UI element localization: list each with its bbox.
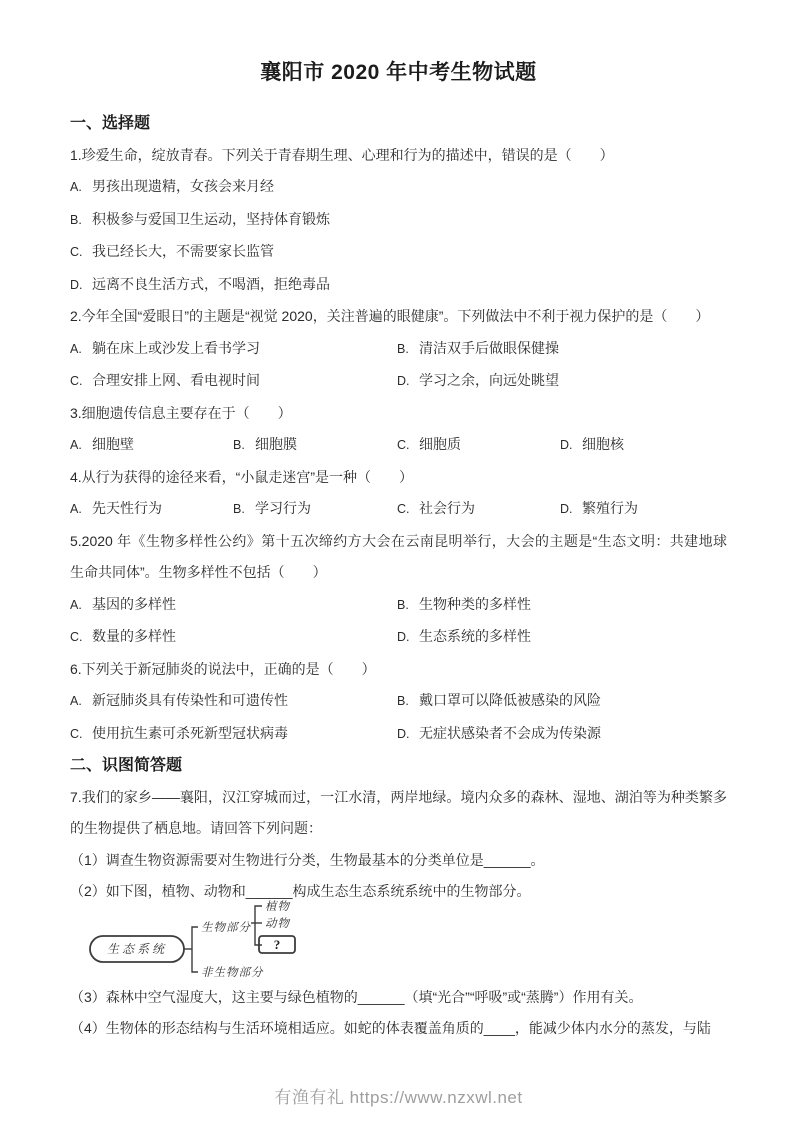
q1-option-a-letter: A. <box>70 172 92 204</box>
q1-option-b: B.积极参与爱国卫生运动，坚持体育锻炼 <box>70 204 727 237</box>
q6-option-a: A.新冠肺炎具有传染性和可遗传性 <box>70 685 397 718</box>
q2-option-b-letter: B. <box>397 334 419 366</box>
q3-option-b: B.细胞膜 <box>233 429 397 462</box>
q3-option-b-text: 细胞膜 <box>255 436 297 452</box>
diagram-plant-label: 植物 <box>265 900 290 913</box>
q7-stem-line-2: 的生物提供了栖息地。请回答下列问题： <box>70 813 727 845</box>
q2-option-c: C.合理安排上网、看电视时间 <box>70 365 397 398</box>
q2-option-b: B.清洁双手后做眼保健操 <box>397 333 727 366</box>
q6-option-a-letter: A. <box>70 686 92 718</box>
q2-option-d: D.学习之余，向远处眺望 <box>397 365 727 398</box>
q5-option-d: D.生态系统的多样性 <box>397 621 727 654</box>
watermark-footer: 有渔有礼 https://www.nzxwl.net <box>70 1087 727 1109</box>
q5-option-d-letter: D. <box>397 622 419 654</box>
q1-option-a-text: 男孩出现遗精，女孩会来月经 <box>92 178 274 194</box>
diagram-animal-label: 动物 <box>265 917 290 930</box>
q2-option-b-text: 清洁双手后做眼保健操 <box>419 340 559 356</box>
q6-option-b: B.戴口罩可以降低被感染的风险 <box>397 685 727 718</box>
q1-option-c: C.我已经长大，不需要家长监管 <box>70 236 727 269</box>
ecosystem-diagram-svg: 生态系统 生物部分 非生物部分 植物 动物 ? <box>88 896 318 982</box>
q4-option-c: C.社会行为 <box>397 493 560 526</box>
q3-option-d: D.细胞核 <box>560 429 727 462</box>
q4-option-a-letter: A. <box>70 494 92 526</box>
q6-option-b-text: 戴口罩可以降低被感染的风险 <box>419 692 601 708</box>
q5-option-c: C.数量的多样性 <box>70 621 397 654</box>
q4-option-d-letter: D. <box>560 494 582 526</box>
q3-option-a-letter: A. <box>70 430 92 462</box>
q7-part-4: （4）生物体的形态结构与生活环境相适应。如蛇的体表覆盖角质的____，能减少体内… <box>70 1013 727 1045</box>
page-title: 襄阳市 2020 年中考生物试题 <box>70 58 727 88</box>
q2-options-row-1: A.躺在床上或沙发上看书学习 B.清洁双手后做眼保健操 <box>70 333 727 366</box>
q1-option-d-text: 远离不良生活方式，不喝酒，拒绝毒品 <box>92 276 330 292</box>
q5-option-d-text: 生态系统的多样性 <box>419 628 531 644</box>
section-heading-diagram-qa: 二、识图简答题 <box>70 750 727 782</box>
q6-option-d-text: 无症状感染者不会成为传染源 <box>419 725 601 741</box>
q3-stem: 3.细胞遗传信息主要存在于（ ） <box>70 398 727 430</box>
q4-stem: 4.从行为获得的途径来看，“小鼠走迷宫”是一种（ ） <box>70 462 727 494</box>
q3-option-c-letter: C. <box>397 430 419 462</box>
q5-options-row-2: C.数量的多样性 D.生态系统的多样性 <box>70 621 727 654</box>
q4-option-b: B.学习行为 <box>233 493 397 526</box>
q6-option-d: D.无症状感染者不会成为传染源 <box>397 718 727 751</box>
q3-option-b-letter: B. <box>233 430 255 462</box>
q4-option-a: A.先天性行为 <box>70 493 233 526</box>
diagram-bio-label: 生物部分 <box>201 921 251 934</box>
q7-stem-line-1: 7.我们的家乡——襄阳，汉江穿城而过，一江水清，两岸地绿。境内众多的森林、湿地、… <box>70 782 727 814</box>
q4-option-c-letter: C. <box>397 494 419 526</box>
q2-option-a-text: 躺在床上或沙发上看书学习 <box>92 340 260 356</box>
q2-option-c-letter: C. <box>70 366 92 398</box>
q5-stem-line-1: 5.2020 年《生物多样性公约》第十五次缔约方大会在云南昆明举行，大会的主题是… <box>70 526 727 558</box>
q5-option-a: A.基因的多样性 <box>70 589 397 622</box>
q5-option-b-letter: B. <box>397 590 419 622</box>
q7-part-3: （3）森林中空气湿度大，这主要与绿色植物的______（填“光合”“呼吸”或“蒸… <box>70 982 727 1014</box>
q2-options-row-2: C.合理安排上网、看电视时间 D.学习之余，向远处眺望 <box>70 365 727 398</box>
q1-option-d: D.远离不良生活方式，不喝酒，拒绝毒品 <box>70 269 727 302</box>
q3-option-d-letter: D. <box>560 430 582 462</box>
q4-option-a-text: 先天性行为 <box>92 500 162 516</box>
q5-options-row-1: A.基因的多样性 B.生物种类的多样性 <box>70 589 727 622</box>
q4-option-b-text: 学习行为 <box>255 500 311 516</box>
q5-option-a-text: 基因的多样性 <box>92 596 176 612</box>
q6-option-c-text: 使用抗生素可杀死新型冠状病毒 <box>92 725 288 741</box>
q5-option-b: B.生物种类的多样性 <box>397 589 727 622</box>
q5-option-a-letter: A. <box>70 590 92 622</box>
q1-option-c-text: 我已经长大，不需要家长监管 <box>92 243 274 259</box>
q4-option-c-text: 社会行为 <box>419 500 475 516</box>
q4-options-row: A.先天性行为 B.学习行为 C.社会行为 D.繁殖行为 <box>70 493 727 526</box>
exam-paper-page: 襄阳市 2020 年中考生物试题 一、选择题 1.珍爱生命，绽放青春。下列关于青… <box>0 0 793 1109</box>
q2-stem: 2.今年全国“爱眼日”的主题是“视觉 2020，关注普遍的眼健康”。下列做法中不… <box>70 301 727 333</box>
q1-stem: 1.珍爱生命，绽放青春。下列关于青春期生理、心理和行为的描述中，错误的是（ ） <box>70 140 727 172</box>
q1-option-b-text: 积极参与爱国卫生运动，坚持体育锻炼 <box>92 211 330 227</box>
q6-options-row-2: C.使用抗生素可杀死新型冠状病毒 D.无症状感染者不会成为传染源 <box>70 718 727 751</box>
q3-option-d-text: 细胞核 <box>582 436 624 452</box>
q2-option-d-letter: D. <box>397 366 419 398</box>
q5-option-b-text: 生物种类的多样性 <box>419 596 531 612</box>
diagram-abio-label: 非生物部分 <box>201 966 264 979</box>
diagram-root-label: 生态系统 <box>107 942 167 956</box>
q5-option-c-letter: C. <box>70 622 92 654</box>
q6-option-c-letter: C. <box>70 719 92 751</box>
q6-option-a-text: 新冠肺炎具有传染性和可遗传性 <box>92 692 288 708</box>
q3-option-a-text: 细胞壁 <box>92 436 134 452</box>
q5-stem-line-2: 生命共同体”。生物多样性不包括（ ） <box>70 557 727 589</box>
q1-option-c-letter: C. <box>70 237 92 269</box>
q6-stem: 6.下列关于新冠肺炎的说法中，正确的是（ ） <box>70 654 727 686</box>
q2-option-c-text: 合理安排上网、看电视时间 <box>92 372 260 388</box>
q3-option-c: C.细胞质 <box>397 429 560 462</box>
q2-option-a-letter: A. <box>70 334 92 366</box>
q3-options-row: A.细胞壁 B.细胞膜 C.细胞质 D.细胞核 <box>70 429 727 462</box>
q3-option-a: A.细胞壁 <box>70 429 233 462</box>
diagram-question-mark: ? <box>274 937 281 952</box>
q6-option-d-letter: D. <box>397 719 419 751</box>
q4-option-b-letter: B. <box>233 494 255 526</box>
q6-options-row-1: A.新冠肺炎具有传染性和可遗传性 B.戴口罩可以降低被感染的风险 <box>70 685 727 718</box>
section-heading-choice: 一、选择题 <box>70 108 727 140</box>
diagram-bracket-main <box>192 927 198 972</box>
q3-option-c-text: 细胞质 <box>419 436 461 452</box>
q1-option-a: A.男孩出现遗精，女孩会来月经 <box>70 171 727 204</box>
q6-option-c: C.使用抗生素可杀死新型冠状病毒 <box>70 718 397 751</box>
ecosystem-diagram: 生态系统 生物部分 非生物部分 植物 动物 ? <box>88 896 727 982</box>
q4-option-d: D.繁殖行为 <box>560 493 727 526</box>
q2-option-a: A.躺在床上或沙发上看书学习 <box>70 333 397 366</box>
q4-option-d-text: 繁殖行为 <box>582 500 638 516</box>
q1-option-d-letter: D. <box>70 270 92 302</box>
q7-part-1: （1）调查生物资源需要对生物进行分类，生物最基本的分类单位是______。 <box>70 845 727 877</box>
q2-option-d-text: 学习之余，向远处眺望 <box>419 372 559 388</box>
q5-option-c-text: 数量的多样性 <box>92 628 176 644</box>
q6-option-b-letter: B. <box>397 686 419 718</box>
q1-option-b-letter: B. <box>70 205 92 237</box>
